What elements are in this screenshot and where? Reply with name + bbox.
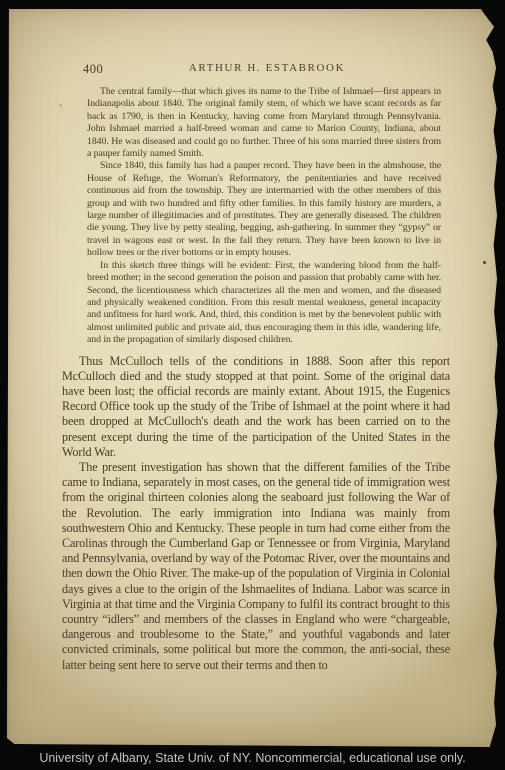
viewer-background: 400 ARTHUR H. ESTABROOK The central fami… <box>0 0 505 770</box>
paper-speck <box>129 706 133 709</box>
quote-paragraph: Since 1840, this family has had a pauper… <box>87 160 441 259</box>
block-quote-extract: The central family—that which gives its … <box>62 86 450 347</box>
quote-paragraph: The central family—that which gives its … <box>87 86 441 160</box>
page-content: The central family—that which gives its … <box>62 86 450 673</box>
quote-paragraph: In this sketch three things will be evid… <box>87 260 441 347</box>
paper-speck <box>59 104 62 107</box>
body-text: Thus McCulloch tells of the conditions i… <box>62 354 450 673</box>
attribution-caption: University of Albany, State Univ. of NY.… <box>0 748 505 770</box>
book-page-scan: 400 ARTHUR H. ESTABROOK The central fami… <box>7 9 498 747</box>
page-header: 400 ARTHUR H. ESTABROOK <box>62 62 450 78</box>
body-paragraph: Thus McCulloch tells of the conditions i… <box>62 354 450 460</box>
body-paragraph: The present investigation has shown that… <box>62 460 450 673</box>
paper-speck <box>483 261 486 264</box>
running-header: ARTHUR H. ESTABROOK <box>62 62 450 74</box>
page-number: 400 <box>83 62 103 77</box>
